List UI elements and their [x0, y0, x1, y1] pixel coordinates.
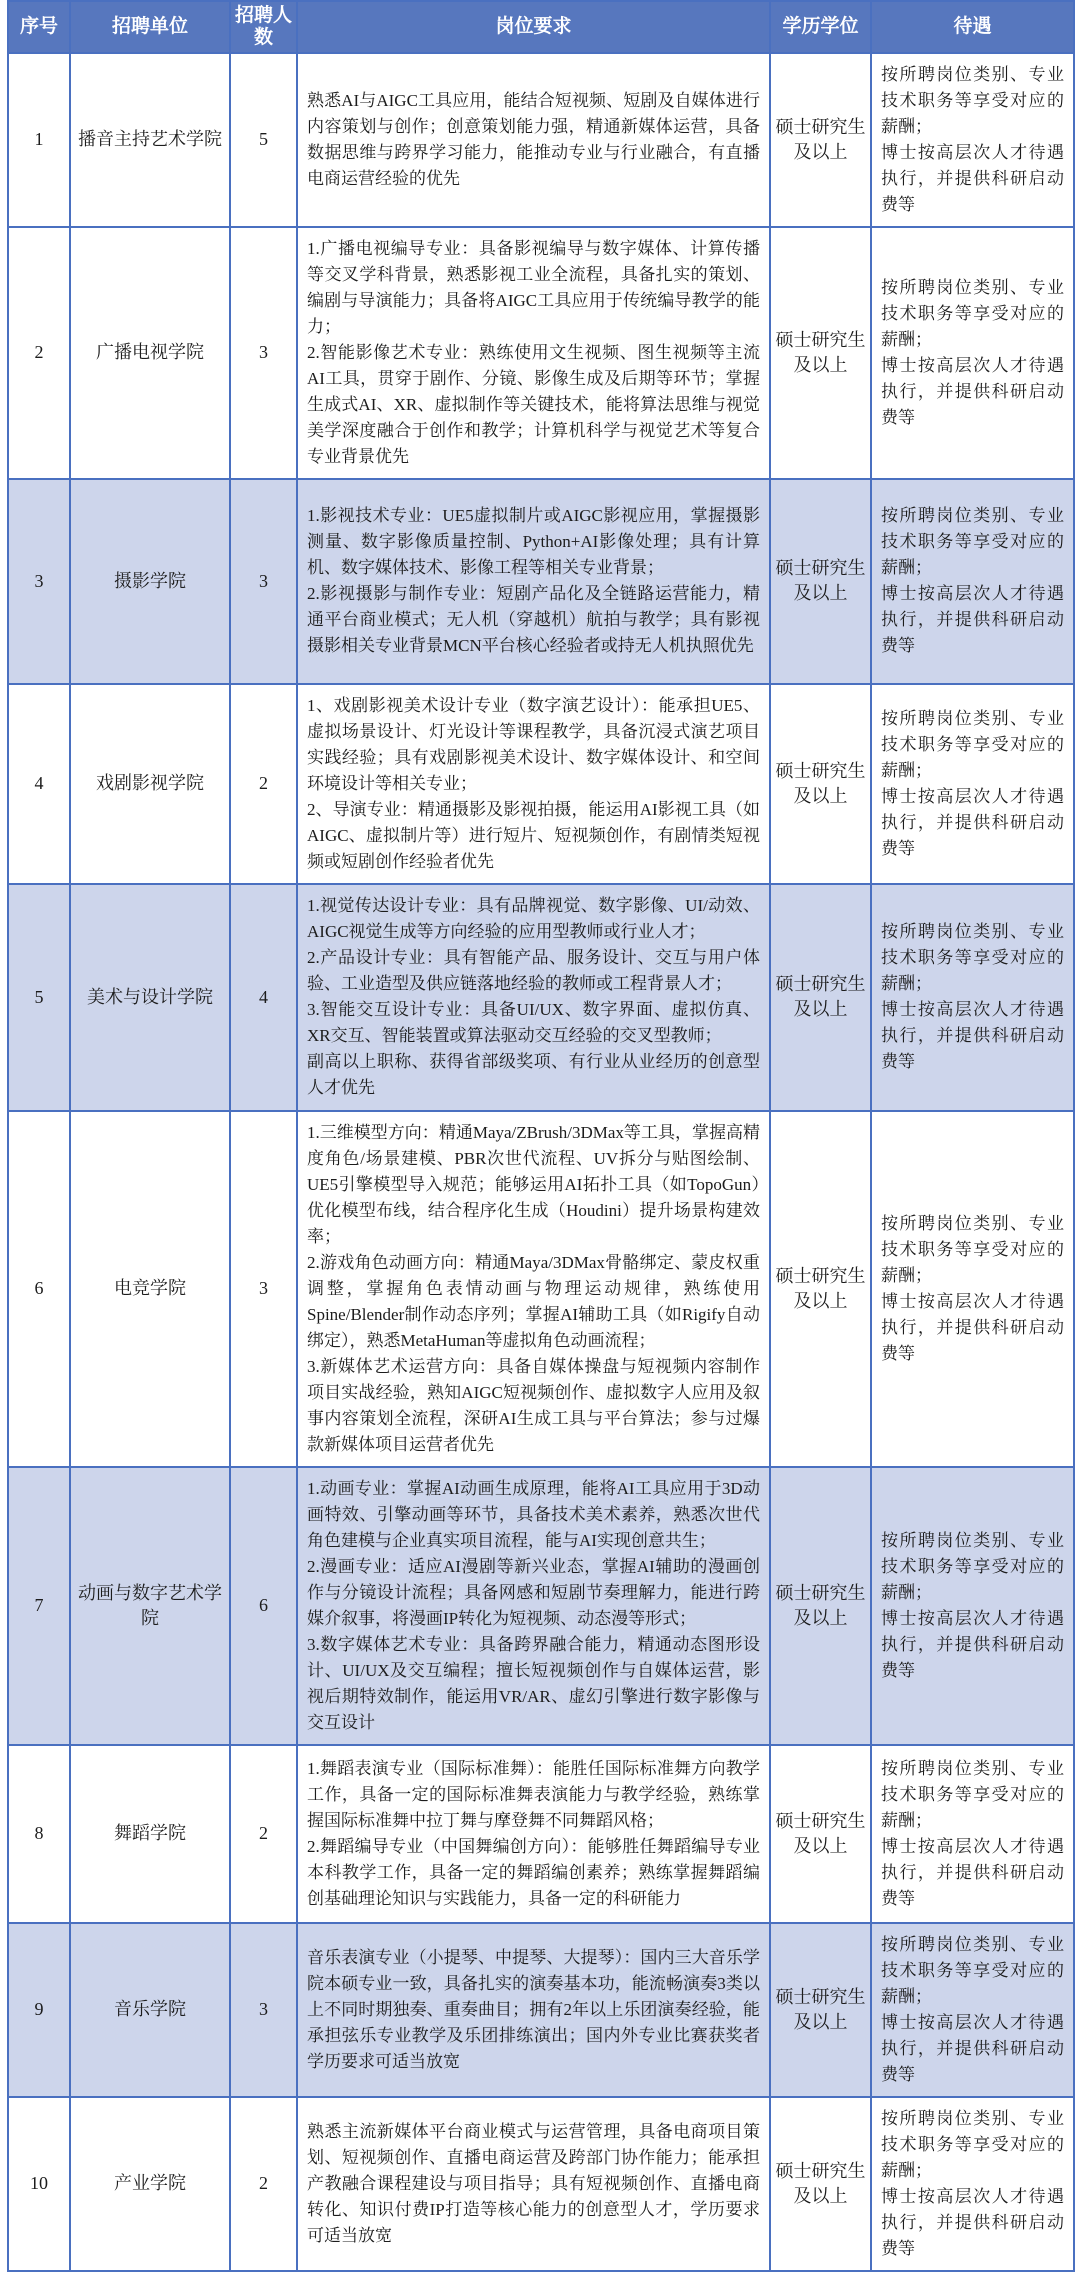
requirements-cell: 熟悉AI与AIGC工具应用，能结合短视频、短剧及自媒体进行内容策划与创作；创意策…	[297, 53, 770, 227]
degree-cell: 硕士研究生及以上	[770, 53, 871, 227]
count-cell: 4	[230, 884, 297, 1111]
degree-cell: 硕士研究生及以上	[770, 684, 871, 884]
benefits-cell: 按所聘岗位类别、专业技术职务等享受对应的薪酬； 博士按高层次人才待遇执行，并提供…	[871, 1111, 1074, 1467]
count-cell: 2	[230, 684, 297, 884]
count-cell: 3	[230, 479, 297, 684]
column-header-no: 序号	[8, 1, 70, 53]
benefits-cell: 按所聘岗位类别、专业技术职务等享受对应的薪酬； 博士按高层次人才待遇执行，并提供…	[871, 2097, 1074, 2271]
row-number: 6	[8, 1111, 70, 1467]
degree-cell: 硕士研究生及以上	[770, 227, 871, 479]
benefits-cell: 按所聘岗位类别、专业技术职务等享受对应的薪酬； 博士按高层次人才待遇执行，并提供…	[871, 227, 1074, 479]
benefits-cell: 按所聘岗位类别、专业技术职务等享受对应的薪酬； 博士按高层次人才待遇执行，并提供…	[871, 479, 1074, 684]
count-cell: 2	[230, 1745, 297, 1923]
count-cell: 3	[230, 1923, 297, 2097]
unit-cell: 音乐学院	[70, 1923, 230, 2097]
table-row: 4 戏剧影视学院 2 1、戏剧影视美术设计专业（数字演艺设计）：能承担UE5、虚…	[8, 684, 1074, 884]
unit-cell: 广播电视学院	[70, 227, 230, 479]
count-cell: 3	[230, 227, 297, 479]
unit-cell: 播音主持艺术学院	[70, 53, 230, 227]
table-row: 2 广播电视学院 3 1.广播电视编导专业：具备影视编导与数字媒体、计算传播等交…	[8, 227, 1074, 479]
requirements-cell: 1.视觉传达设计专业：具有品牌视觉、数字影像、UI/动效、AIGC视觉生成等方向…	[297, 884, 770, 1111]
row-number: 9	[8, 1923, 70, 2097]
requirements-cell: 熟悉主流新媒体平台商业模式与运营管理，具备电商项目策划、短视频创作、直播电商运营…	[297, 2097, 770, 2271]
benefits-cell: 按所聘岗位类别、专业技术职务等享受对应的薪酬； 博士按高层次人才待遇执行，并提供…	[871, 1745, 1074, 1923]
degree-cell: 硕士研究生及以上	[770, 1745, 871, 1923]
degree-cell: 硕士研究生及以上	[770, 2097, 871, 2271]
table-row: 3 摄影学院 3 1.影视技术专业：UE5虚拟制片或AIGC影视应用，掌握摄影测…	[8, 479, 1074, 684]
count-cell: 2	[230, 2097, 297, 2271]
column-header-benefits: 待遇	[871, 1, 1074, 53]
requirements-cell: 1、戏剧影视美术设计专业（数字演艺设计）：能承担UE5、虚拟场景设计、灯光设计等…	[297, 684, 770, 884]
column-header-requirements: 岗位要求	[297, 1, 770, 53]
degree-cell: 硕士研究生及以上	[770, 884, 871, 1111]
row-number: 2	[8, 227, 70, 479]
table-row: 1 播音主持艺术学院 5 熟悉AI与AIGC工具应用，能结合短视频、短剧及自媒体…	[8, 53, 1074, 227]
benefits-cell: 按所聘岗位类别、专业技术职务等享受对应的薪酬； 博士按高层次人才待遇执行，并提供…	[871, 1467, 1074, 1745]
requirements-cell: 音乐表演专业（小提琴、中提琴、大提琴）：国内三大音乐学院本硕专业一致，具备扎实的…	[297, 1923, 770, 2097]
row-number: 3	[8, 479, 70, 684]
row-number: 4	[8, 684, 70, 884]
requirements-cell: 1.广播电视编导专业：具备影视编导与数字媒体、计算传播等交叉学科背景，熟悉影视工…	[297, 227, 770, 479]
row-number: 7	[8, 1467, 70, 1745]
benefits-cell: 按所聘岗位类别、专业技术职务等享受对应的薪酬； 博士按高层次人才待遇执行，并提供…	[871, 1923, 1074, 2097]
requirements-cell: 1.三维模型方向：精通Maya/ZBrush/3DMax等工具，掌握高精度角色/…	[297, 1111, 770, 1467]
row-number: 5	[8, 884, 70, 1111]
table-row: 6 电竞学院 3 1.三维模型方向：精通Maya/ZBrush/3DMax等工具…	[8, 1111, 1074, 1467]
unit-cell: 美术与设计学院	[70, 884, 230, 1111]
requirements-cell: 1.动画专业：掌握AI动画生成原理，能将AI工具应用于3D动画特效、引擎动画等环…	[297, 1467, 770, 1745]
row-number: 8	[8, 1745, 70, 1923]
table-row: 9 音乐学院 3 音乐表演专业（小提琴、中提琴、大提琴）：国内三大音乐学院本硕专…	[8, 1923, 1074, 2097]
table-row: 7 动画与数字艺术学院 6 1.动画专业：掌握AI动画生成原理，能将AI工具应用…	[8, 1467, 1074, 1745]
unit-cell: 动画与数字艺术学院	[70, 1467, 230, 1745]
degree-cell: 硕士研究生及以上	[770, 1111, 871, 1467]
count-cell: 5	[230, 53, 297, 227]
degree-cell: 硕士研究生及以上	[770, 479, 871, 684]
benefits-cell: 按所聘岗位类别、专业技术职务等享受对应的薪酬； 博士按高层次人才待遇执行，并提供…	[871, 884, 1074, 1111]
unit-cell: 摄影学院	[70, 479, 230, 684]
benefits-cell: 按所聘岗位类别、专业技术职务等享受对应的薪酬； 博士按高层次人才待遇执行，并提供…	[871, 684, 1074, 884]
requirements-cell: 1.舞蹈表演专业（国际标准舞）：能胜任国际标准舞方向教学工作，具备一定的国际标准…	[297, 1745, 770, 1923]
column-header-count: 招聘人数	[230, 1, 297, 53]
row-number: 10	[8, 2097, 70, 2271]
column-header-unit: 招聘单位	[70, 1, 230, 53]
degree-cell: 硕士研究生及以上	[770, 1923, 871, 2097]
table-row: 5 美术与设计学院 4 1.视觉传达设计专业：具有品牌视觉、数字影像、UI/动效…	[8, 884, 1074, 1111]
recruitment-table: 序号 招聘单位 招聘人数 岗位要求 学历学位 待遇 1 播音主持艺术学院 5 熟…	[7, 0, 1075, 2272]
benefits-cell: 按所聘岗位类别、专业技术职务等享受对应的薪酬； 博士按高层次人才待遇执行，并提供…	[871, 53, 1074, 227]
count-cell: 6	[230, 1467, 297, 1745]
unit-cell: 戏剧影视学院	[70, 684, 230, 884]
header-row: 序号 招聘单位 招聘人数 岗位要求 学历学位 待遇	[8, 1, 1074, 53]
row-number: 1	[8, 53, 70, 227]
degree-cell: 硕士研究生及以上	[770, 1467, 871, 1745]
count-cell: 3	[230, 1111, 297, 1467]
column-header-degree: 学历学位	[770, 1, 871, 53]
unit-cell: 舞蹈学院	[70, 1745, 230, 1923]
requirements-cell: 1.影视技术专业：UE5虚拟制片或AIGC影视应用，掌握摄影测量、数字影像质量控…	[297, 479, 770, 684]
table-row: 10 产业学院 2 熟悉主流新媒体平台商业模式与运营管理，具备电商项目策划、短视…	[8, 2097, 1074, 2271]
unit-cell: 产业学院	[70, 2097, 230, 2271]
unit-cell: 电竞学院	[70, 1111, 230, 1467]
table-row: 8 舞蹈学院 2 1.舞蹈表演专业（国际标准舞）：能胜任国际标准舞方向教学工作，…	[8, 1745, 1074, 1923]
